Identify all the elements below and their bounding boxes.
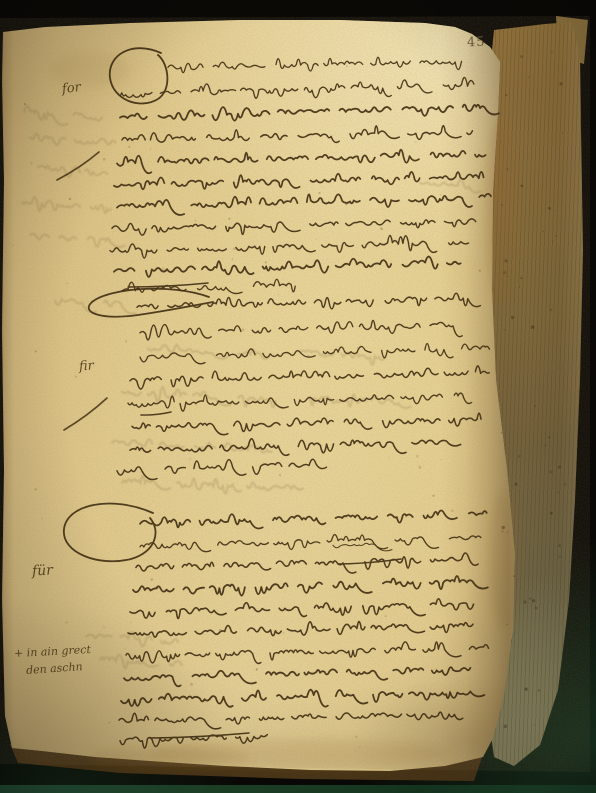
margin-note: for bbox=[61, 81, 81, 96]
handwritten-line bbox=[140, 320, 462, 339]
text-block-paragraph-2 bbox=[89, 289, 490, 480]
handwriting-ink-layer bbox=[0, 0, 596, 793]
strikethrough-mark bbox=[338, 559, 401, 564]
strikethrough-mark bbox=[141, 412, 171, 415]
handwritten-line bbox=[110, 235, 469, 258]
handwritten-line bbox=[140, 344, 490, 364]
handwritten-line bbox=[114, 172, 484, 189]
handwritten-line bbox=[168, 57, 462, 72]
handwritten-line bbox=[130, 599, 474, 619]
handwritten-line bbox=[118, 77, 474, 98]
text-block-paragraph-1 bbox=[110, 48, 499, 293]
text-block-paragraph-3 bbox=[64, 504, 489, 749]
handwritten-line bbox=[130, 366, 489, 389]
handwritten-line bbox=[333, 543, 392, 551]
handwritten-line bbox=[128, 621, 473, 637]
handwritten-line bbox=[140, 510, 487, 528]
handwritten-line bbox=[112, 219, 476, 235]
margin-note: für bbox=[32, 563, 54, 578]
handwritten-line bbox=[122, 126, 472, 143]
handwritten-line bbox=[119, 712, 463, 729]
handwritten-line bbox=[132, 413, 481, 435]
opening-flourish bbox=[64, 504, 156, 562]
handwritten-line bbox=[126, 642, 489, 664]
handwritten-line bbox=[136, 553, 478, 573]
margin-slash-marks bbox=[57, 152, 107, 430]
handwritten-line bbox=[120, 105, 499, 121]
margin-note: fir bbox=[79, 359, 95, 373]
handwritten-line bbox=[124, 667, 470, 686]
strikethrough-mark bbox=[150, 733, 249, 738]
handwritten-line bbox=[117, 150, 486, 174]
manuscript-photo-scene: 45 forfirfür+ in ain grectden aschn bbox=[0, 0, 596, 793]
page-number: 45 bbox=[467, 35, 486, 51]
handwritten-line bbox=[117, 459, 326, 479]
handwritten-line bbox=[114, 257, 461, 277]
handwritten-line bbox=[121, 690, 484, 707]
handwritten-line bbox=[140, 535, 481, 552]
handwritten-line bbox=[117, 194, 491, 215]
handwritten-line bbox=[133, 576, 488, 596]
